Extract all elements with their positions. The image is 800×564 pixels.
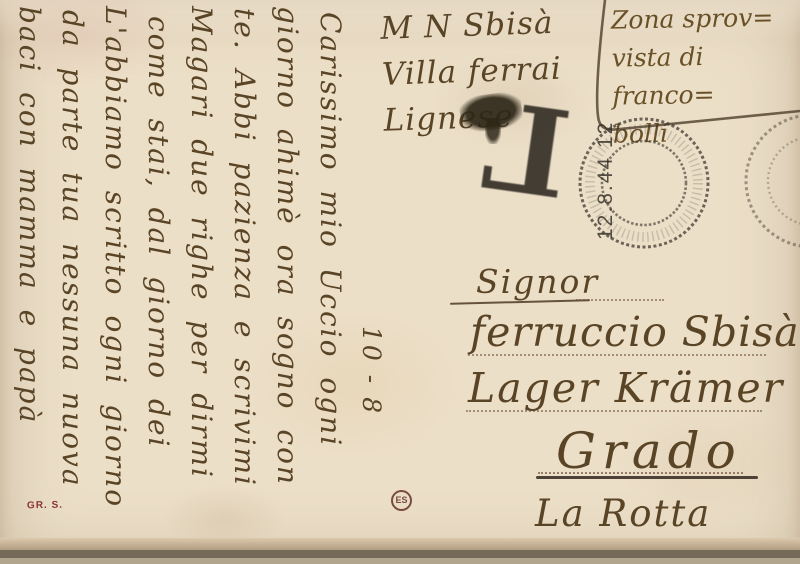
note-line: Zona sprov= xyxy=(611,0,800,40)
censor-stamp: L xyxy=(452,92,568,240)
recipient-title: Signor xyxy=(476,262,599,301)
printed-dotted-line xyxy=(538,472,743,474)
censor-letter: L xyxy=(476,87,576,218)
recipient-camp: Lager Krämer xyxy=(468,364,784,412)
card-edge-shadow xyxy=(0,550,800,558)
message-line: Carissimo mio Uccio ogni xyxy=(309,6,352,554)
printer-mark: GR. S. xyxy=(27,500,63,512)
printed-dotted-line xyxy=(468,354,766,356)
postcard-scan: Carissimo mio Uccio ogni giorno ahimè or… xyxy=(0,0,800,564)
note-line: bolli xyxy=(613,112,800,153)
message-line: L'abbiamo scritto ogni giorno xyxy=(94,6,137,554)
message-line: te. Abbi pazienza e scrivimi xyxy=(223,6,266,554)
message-line: giorno ahimè ora sogno con xyxy=(266,6,309,554)
no-stamp-note: Zona sprov= vista di franco= bolli xyxy=(611,0,800,154)
message-line: da parte tua nessuna nuova xyxy=(51,6,94,554)
message-line: Magari due righe per dirmi xyxy=(180,6,223,554)
printed-dotted-line xyxy=(466,410,762,412)
message-date: 10 - 8 xyxy=(357,326,386,416)
pen-underline xyxy=(536,476,758,479)
scan-background-strip xyxy=(0,558,800,564)
publisher-emblem: ES xyxy=(391,490,412,511)
postmark-date: 12.8.44 12 xyxy=(594,121,618,240)
handwritten-message: Carissimo mio Uccio ogni giorno ahimè or… xyxy=(0,6,352,554)
message-line: come stai, dal giorno dei xyxy=(137,6,180,554)
printed-dotted-line xyxy=(576,299,664,301)
card-edge xyxy=(0,538,800,550)
emblem-monogram: ES xyxy=(395,496,407,505)
recipient-name: ferruccio Sbisà xyxy=(470,308,800,356)
message-line: baci con mamma e papà xyxy=(8,6,51,554)
note-line: vista di franco= xyxy=(611,36,800,115)
pen-underline xyxy=(450,299,590,305)
recipient-locality: La Rotta xyxy=(535,492,711,535)
sender-line: M N Sbisà xyxy=(380,0,601,52)
